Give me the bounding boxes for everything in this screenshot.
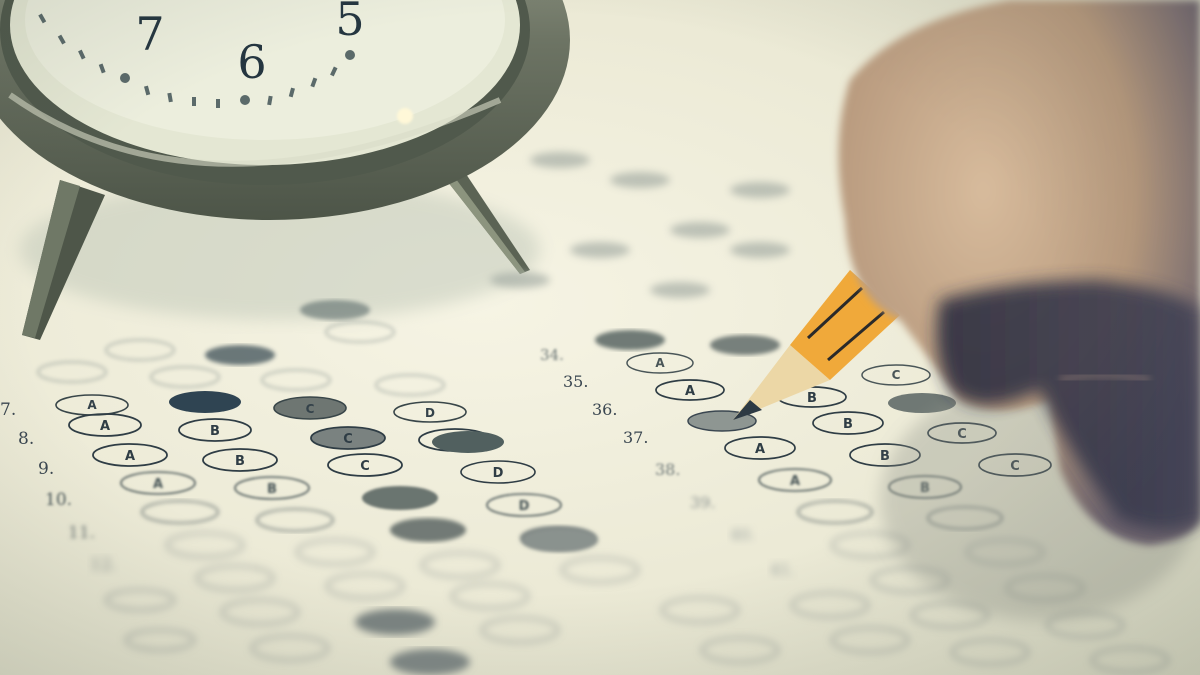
question-number: 8. [18, 429, 34, 449]
question-number: 39. [690, 493, 715, 512]
svg-text:B: B [235, 454, 245, 469]
question-number: 7. [0, 400, 16, 420]
svg-text:A: A [755, 442, 765, 457]
question-number: 41. [770, 560, 795, 579]
svg-text:C: C [306, 402, 315, 416]
clock-numeral: 7 [135, 7, 164, 61]
svg-text:A: A [87, 398, 97, 412]
svg-text:C: C [360, 459, 370, 474]
filled-bubble [362, 486, 438, 510]
svg-text:A: A [655, 356, 665, 370]
svg-text:A: A [125, 449, 135, 464]
filled-bubble [432, 431, 504, 453]
question-number: 36. [592, 400, 617, 419]
question-number: 35. [563, 372, 588, 391]
question-number: 10. [45, 490, 72, 510]
filled-bubble [169, 391, 241, 413]
svg-text:D: D [425, 406, 435, 420]
svg-text:D: D [519, 499, 530, 514]
alarm-clock: 7 6 5 [0, 0, 570, 220]
clock-numeral: 5 [335, 0, 364, 46]
svg-text:C: C [892, 368, 901, 382]
clock-numeral: 6 [237, 35, 266, 89]
question-number: 9. [38, 459, 54, 479]
svg-text:B: B [807, 391, 817, 406]
svg-text:B: B [267, 482, 277, 497]
question-number: 34. [540, 346, 564, 364]
question-number: 38. [655, 460, 680, 479]
svg-text:B: B [210, 424, 220, 439]
answer-sheet-photo: 7 6 5 7. ACD 8. [0, 0, 1200, 675]
filled-bubble [390, 518, 466, 542]
question-number: 40. [730, 525, 755, 544]
svg-text:A: A [153, 477, 163, 492]
svg-text:A: A [685, 384, 695, 399]
svg-text:B: B [843, 417, 853, 432]
svg-text:D: D [493, 466, 504, 481]
question-number: 12. [90, 555, 117, 575]
scene-illustration: 7 6 5 7. ACD 8. [0, 0, 1200, 675]
question-number: 37. [623, 428, 648, 447]
svg-text:C: C [343, 432, 353, 447]
svg-text:A: A [790, 474, 800, 489]
svg-text:A: A [100, 419, 110, 434]
question-number: 11. [68, 523, 95, 543]
